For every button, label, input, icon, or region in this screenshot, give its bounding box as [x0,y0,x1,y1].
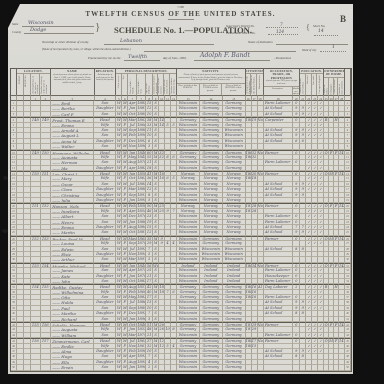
column-subheader-label: Place of birth of this PERSON. [177,84,199,90]
cell-age: 2 [146,365,153,370]
column-subheader-label: Color or race. [118,74,120,89]
column-subheader: Date of birth — Year. [137,73,146,95]
county-value: Dodge [30,27,46,33]
column-group-margin [345,69,351,95]
column-group-relation: RELATION.Relationship of each person to … [95,69,117,95]
column-subheader: Place of birth of this PERSON. [177,83,200,95]
enumerated-day: Twelfth [128,54,147,60]
state-county-brace: } [95,21,100,33]
enumerator-signature: Adolph F. Bandt [200,52,250,59]
cell-birthplace-person: Wisconsin [177,365,200,370]
township-value: Lebanon [120,38,142,44]
column-group-title: OWNERSHIP OF HOME. [324,69,344,77]
column-subheaders: Attended school (in months).Can read.Can… [300,73,323,95]
cell-months-not-employed [293,365,300,370]
cell-street [17,365,24,370]
state-value: Wisconsin [28,20,54,26]
supervisor-value: 7 [280,22,283,27]
column-subheaders: Color or race.Sex.Date of birth — Month.… [116,73,176,95]
column-subheader: HOUSE No. [24,73,31,95]
column-group-nativity: NATIVITY.Place of birth of each person a… [177,69,246,95]
township-label: Township or other division of county [42,40,89,44]
enumerated-mid: day of June, 1900, [163,56,186,60]
column-group-citizenship: CITIZENSHIP.Year of immigration to the U… [246,69,264,95]
column-subheader-label: STREET. [19,74,21,85]
column-subheader-label: Number of these children living. [171,74,176,95]
column-group-note: Relationship of each person to the head … [95,73,116,95]
supervisor-label: Supervisor's District No. [226,24,255,28]
column-group-note: Place of birth of each person and parent… [177,73,245,82]
column-subheader-label: Number of years married. [158,74,163,95]
cell-dwelling-number [31,365,41,370]
column-subheaders: Owned or rented.Owned free or mortgaged.… [324,77,344,95]
column-subheader: Date of birth — Month. [128,73,137,95]
township-line [104,44,214,45]
enumeration-line [268,34,298,35]
ward-line [320,51,346,52]
sheet-brace: { [306,23,310,32]
column-subheader: Number of farm schedule. [338,77,344,95]
institution-line [276,44,348,45]
enumeration-label: Enumeration District No. [226,31,255,35]
census-table: LOCATION.STREET.HOUSE No.Number of dwell… [10,68,352,372]
column-subheader-label: Place of birth of FATHER of this person. [200,84,222,93]
institution-label: Name of Institution [248,40,273,44]
census-page: 7-568 TWELFTH CENSUS OF THE UNITED STATE… [8,4,353,374]
column-group-ownership-of-home: OWNERSHIP OF HOME.Owned or rented.Owned … [324,69,345,95]
cell-line-number-right: 50 [345,365,351,370]
ward-value: 1 [332,45,335,50]
column-group-location: LOCATION.STREET.HOUSE No.Number of dwell… [17,69,51,95]
cell-occupation [264,365,294,370]
column-subheader: Number of these children living. [170,73,176,95]
column-subheaders: STREET.HOUSE No.Number of dwelling-house… [17,73,50,95]
page-letter: B [340,14,346,24]
column-subheader-label: Mother of how many children. [164,74,169,95]
table-header-row: LOCATION.STREET.HOUSE No.Number of dwell… [11,69,351,95]
sheet-value: 14 [318,29,324,34]
column-subheader: STREET. [17,73,24,95]
column-subheader-label: Naturalization. [259,74,261,90]
column-subheader: Place of birth of MOTHER of this person. [222,83,245,95]
column-subheader-label: Can write. [313,74,315,86]
signature-line [194,60,270,61]
column-group-title: OCCUPATION, TRADE, OR PROFESSION [264,69,300,80]
column-subheader-label: Attended school (in months). [300,74,305,95]
column-group-name: NAMEof each person whose place of abode … [51,69,95,95]
cell-name: —— Erwin [51,365,95,370]
enumeration-value: 124 [276,29,284,34]
column-subheader-label: Can read. [307,74,309,85]
title-rule [168,19,194,20]
column-subheader-label: Date of birth — Month. [130,74,135,95]
column-subheaders: Occupation.Months not employed. [264,86,300,95]
column-group-personal-description: PERSONAL DESCRIPTION.Color or race.Sex.D… [116,69,177,95]
column-subheader-label: Number of farm schedule. [339,78,344,95]
column-subheader: Months not employed. [293,86,300,95]
city-label: (Name of incorporated city, town, or vil… [42,48,131,51]
state-label: State [12,22,18,26]
column-subheaders: Place of birth of this PERSON.Place of b… [177,83,245,95]
column-group-occupation-trade-or-profession: OCCUPATION, TRADE, OR PROFESSIONof each … [264,69,301,95]
column-subheader: Age at last birthday. [146,73,153,95]
column-subheader-label: Owned free or mortgaged. [329,78,333,95]
form-number: 7-568 [8,6,353,9]
ink-smudge [3,176,8,180]
column-subheader-label: Farm or house. [334,78,336,94]
census-title: TWELFTH CENSUS OF THE UNITED STATES. [8,10,353,18]
cell-birthplace-mother: Germany [223,365,246,370]
column-subheader-label: HOUSE No. [25,74,27,88]
ink-smudge [2,229,8,233]
county-label: County [12,30,21,34]
cell-family-number [41,365,51,370]
column-subheader-label: Number of years in the United States. [251,74,256,95]
column-subheader-label: Owned or rented. [324,78,328,95]
enumerator-suffix: , Enumerator. [274,56,291,60]
enumerated-prefix: Enumerated by me on the [88,56,121,60]
ward-label: Ward of city [302,48,316,52]
cell-birth-year: 1898 [137,365,146,370]
column-subheader-label: Number of dwelling-house, in the order o… [31,74,40,95]
column-group-education: EDUCATION.Attended school (in months).Ca… [300,69,324,95]
column-group-note: of each person whose place of abode on J… [51,73,94,95]
county-line [24,33,94,34]
table-row: 50—— ErwinSonWMJan18982SWisconsinGermany… [11,365,351,370]
column-subheader-label: Months not employed. [293,87,300,95]
cell-relation: Son [94,365,116,370]
column-subheader: Can speak English. [317,73,323,95]
column-subheaders: Year of immigration to the United States… [246,73,263,95]
column-subheader-label: Occupation. [272,87,283,91]
column-subheader-label: Number of family, in the order of visita… [41,74,48,95]
sheet-label: Sheet No. [313,24,325,28]
column-subheader-label: Age at last birthday. [146,74,151,95]
column-subheader-label: Date of birth — Year. [138,74,143,95]
cell-birthplace-father: Germany [200,365,223,370]
column-subheader: Naturalization. [257,73,263,95]
column-subheader: Place of birth of FATHER of this person. [200,83,223,95]
column-subheader: Occupation. [264,86,293,95]
column-subheader-label: Can speak English. [319,74,321,94]
cell-birth-month: Jan [128,365,137,370]
sheet-line [314,35,338,36]
cell-house-number [24,365,31,370]
column-subheader: Number of dwelling-house, in the order o… [31,73,41,95]
column-subheader-label: Sex. [123,74,125,80]
scanned-census-sheet: 7-568 TWELFTH CENSUS OF THE UNITED STATE… [0,0,384,384]
column-subheader-label: Place of birth of MOTHER of this person. [222,84,245,93]
day-line [124,60,160,61]
column-subheader: Number of family, in the order of visita… [40,73,50,95]
